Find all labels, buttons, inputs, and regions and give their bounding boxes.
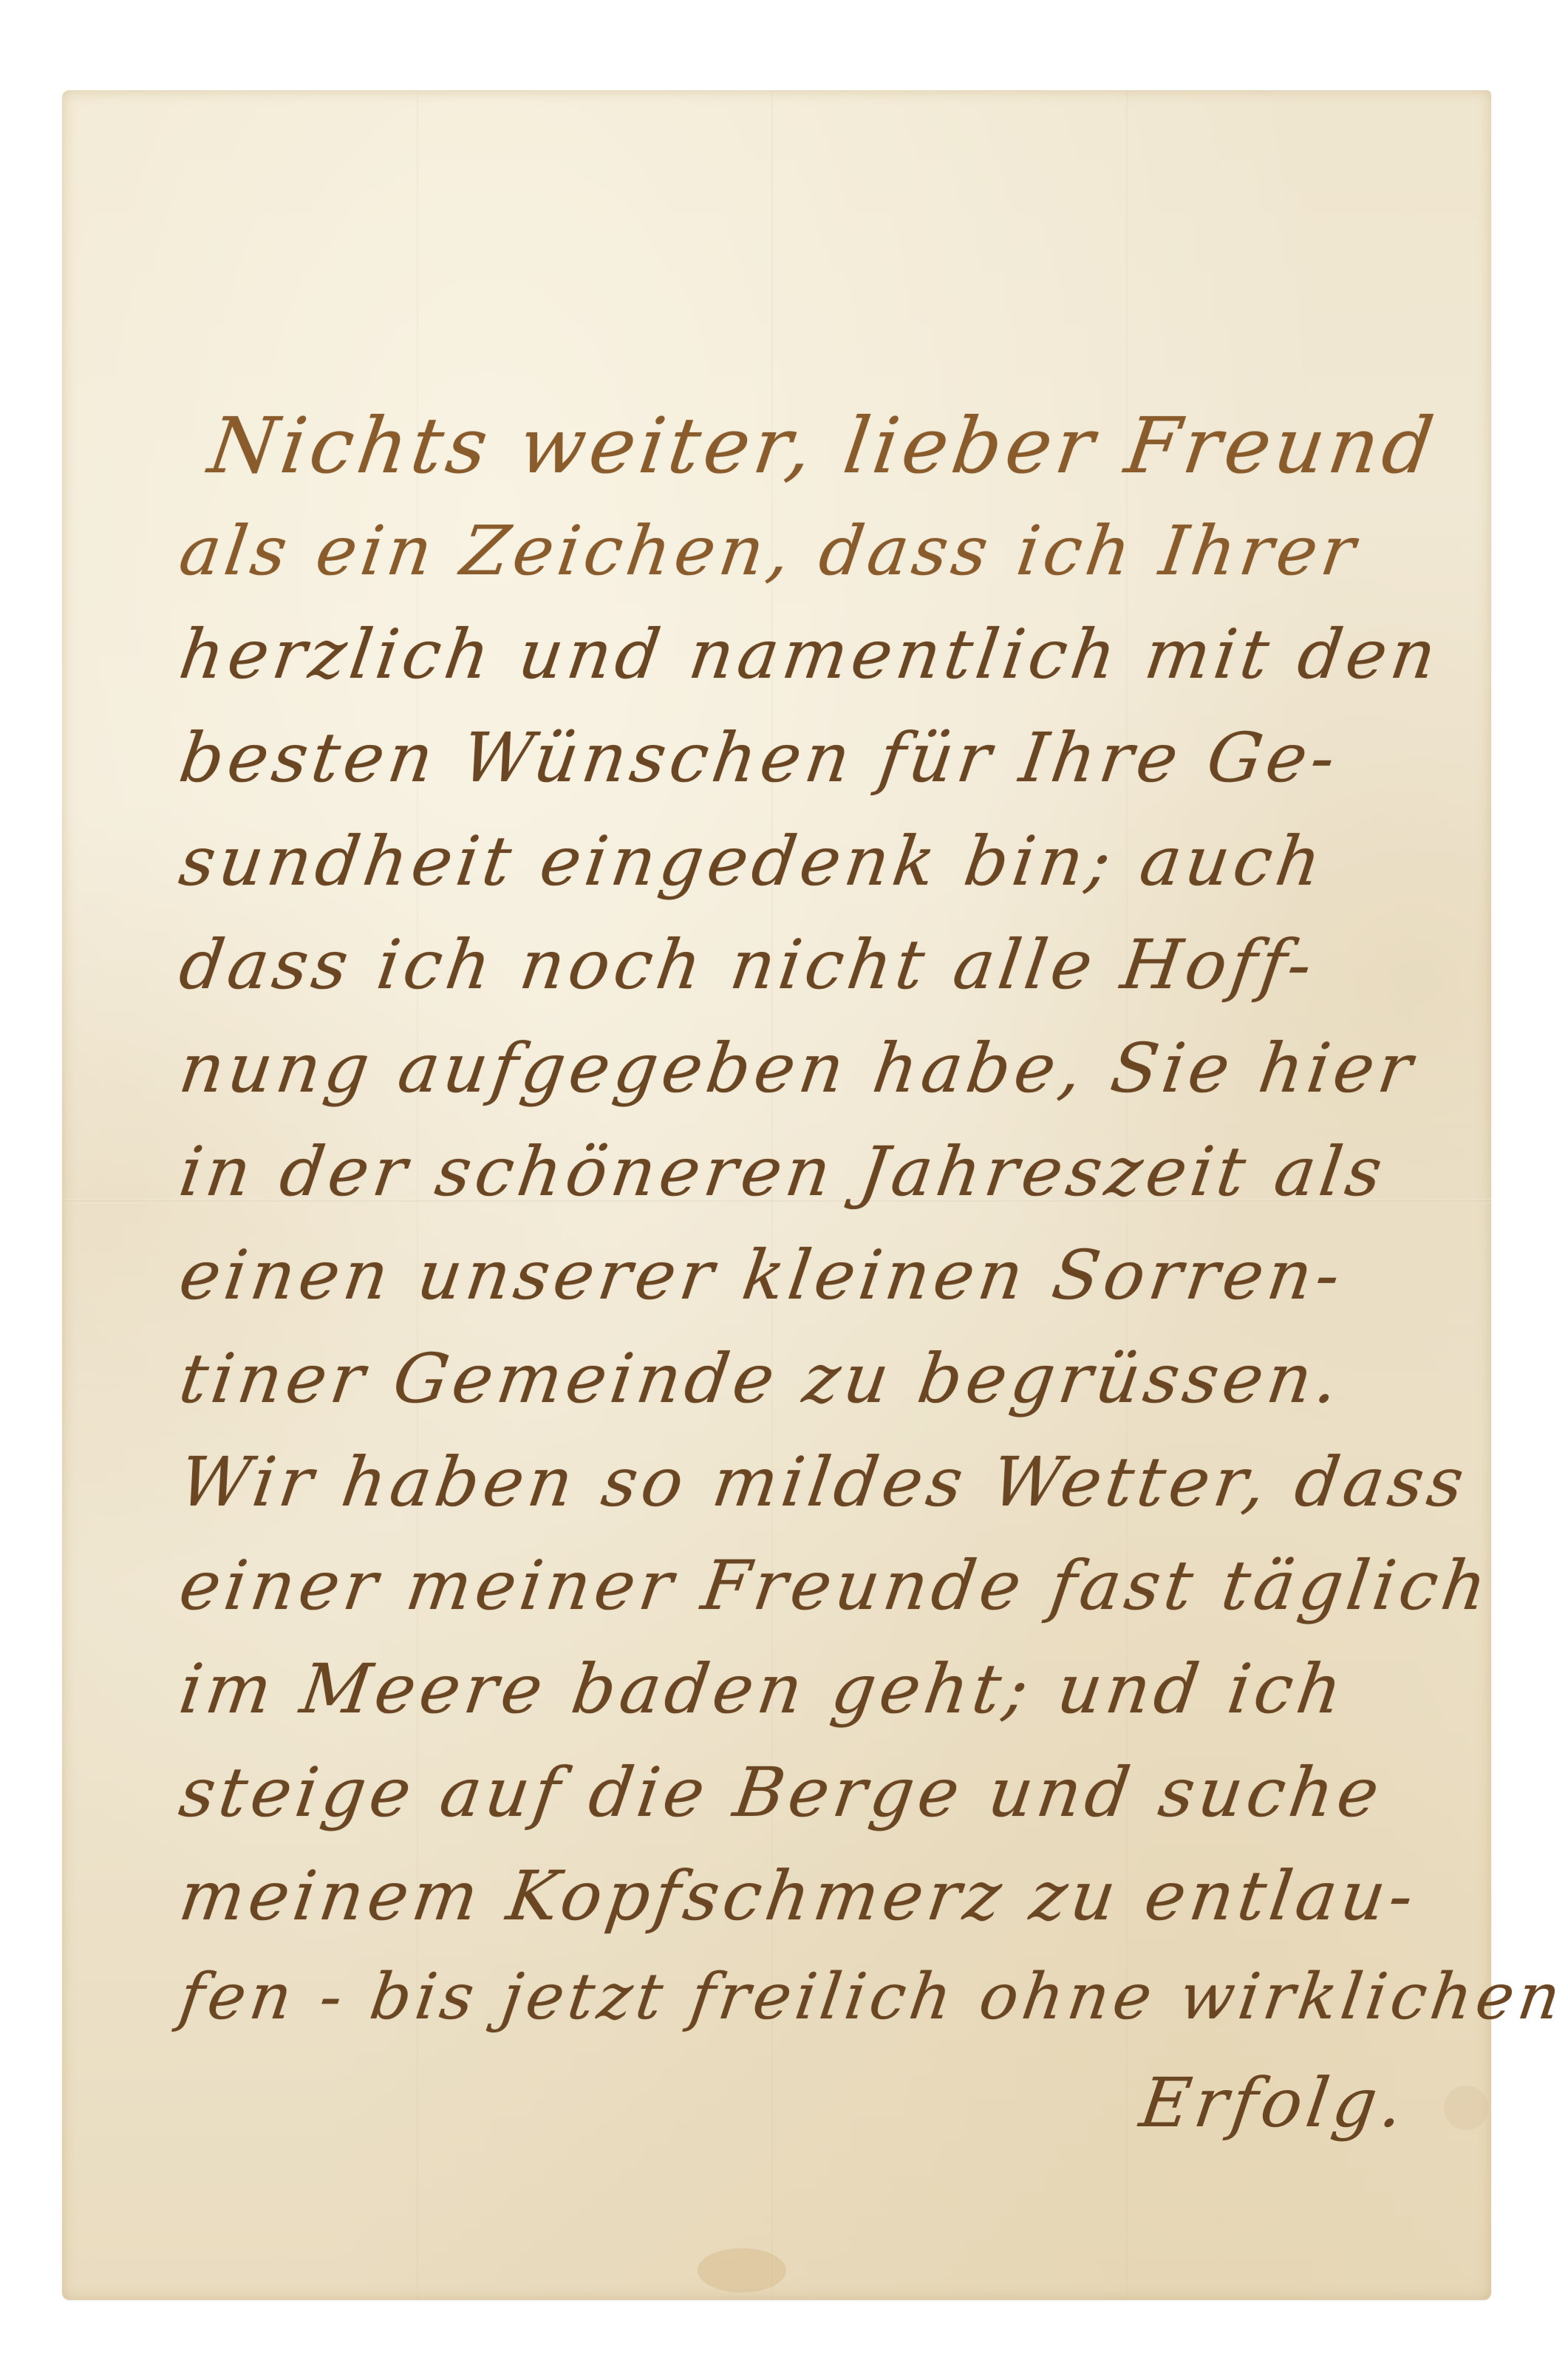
letter-line-6: dass ich noch nicht alle Hoff- bbox=[174, 925, 1320, 1004]
letter-sheet: Nichts weiter, lieber Freund als ein Zei… bbox=[62, 90, 1491, 2300]
letter-closing: Erfolg. bbox=[1135, 2063, 1412, 2143]
letter-line-7: nung aufgegeben habe, Sie hier bbox=[174, 1029, 1421, 1108]
letter-line-8: in der schöneren Jahreszeit als bbox=[174, 1132, 1391, 1211]
letter-line-14: steige auf die Berge und suche bbox=[174, 1753, 1388, 1832]
letter-line-16: fen - bis jetzt freilich ohne wirklichen bbox=[175, 1960, 1568, 2034]
letter-line-5: sundheit eingedenk bin; auch bbox=[174, 822, 1330, 901]
letter-line-4: besten Wünschen für Ihre Ge- bbox=[174, 718, 1344, 797]
letter-line-12: einer meiner Freunde fast täglich bbox=[174, 1546, 1496, 1625]
letter-line-15: meinem Kopfschmerz zu entlau- bbox=[174, 1857, 1422, 1936]
letter-line-1: Nichts weiter, lieber Freund bbox=[203, 401, 1442, 491]
letter-line-3: herzlich und namentlich mit den bbox=[174, 615, 1445, 694]
paper-stain bbox=[698, 2248, 786, 2293]
letter-line-2: als ein Zeichen, dass ich Ihrer bbox=[174, 511, 1364, 591]
letter-line-10: tiner Gemeinde zu begrüssen. bbox=[174, 1339, 1347, 1418]
letter-line-11: Wir haben so mildes Wetter, dass bbox=[174, 1443, 1473, 1522]
letter-line-13: im Meere baden geht; und ich bbox=[174, 1650, 1351, 1729]
paper-stain bbox=[1444, 2086, 1488, 2130]
letter-line-9: einen unserer kleinen Sorren- bbox=[174, 1236, 1349, 1315]
